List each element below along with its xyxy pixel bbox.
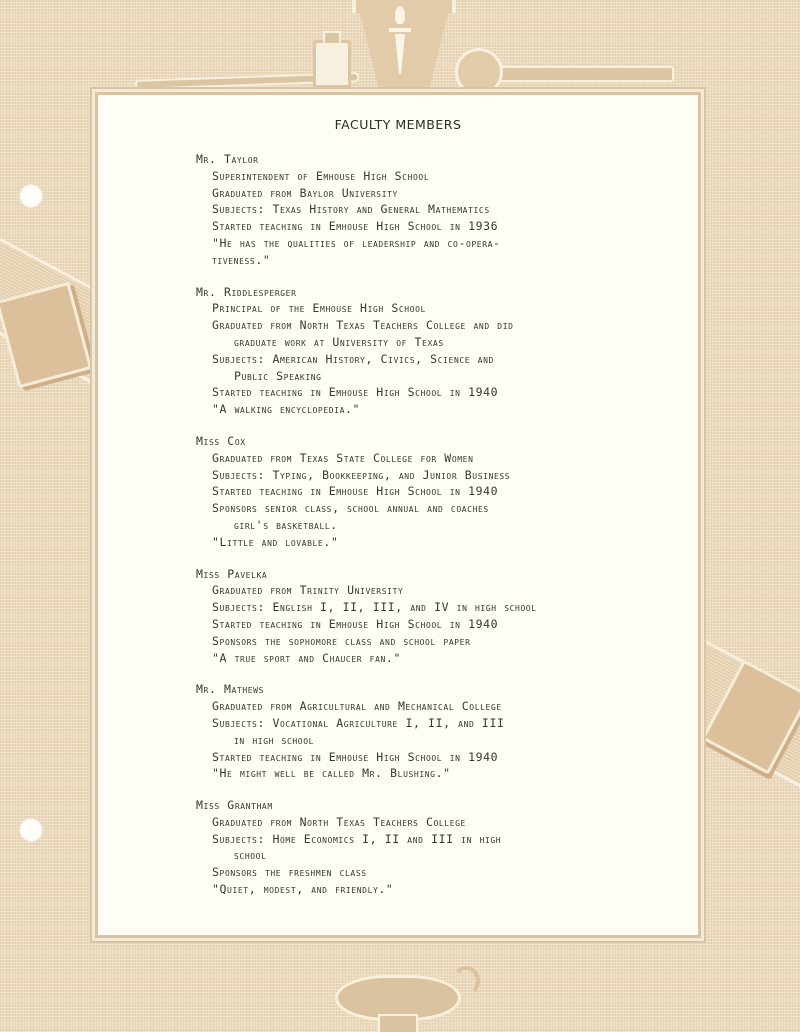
faculty-detail-line: Subjects: American History, Civics, Scie…: [196, 351, 676, 368]
faculty-entry: Miss Cox Graduated from Texas State Coll…: [196, 433, 676, 551]
faculty-details: Graduated from Agricultural and Mechanic…: [196, 698, 676, 782]
faculty-detail-line: girl's basketball.: [196, 517, 676, 534]
faculty-detail-line: Principal of the Emhouse High School: [196, 300, 676, 317]
faculty-name: Miss Cox: [196, 433, 676, 450]
faculty-detail-line: Graduated from Agricultural and Mechanic…: [196, 698, 676, 715]
faculty-detail-line: Started teaching in Emhouse High School …: [196, 218, 676, 235]
faculty-entry: Mr. Taylor Superintendent of Emhouse Hig…: [196, 151, 676, 269]
faculty-detail-line: Subjects: English I, II, III, and IV in …: [196, 599, 676, 616]
faculty-detail-line: "He has the qualities of leadership and …: [196, 235, 676, 252]
torch-icon: [392, 6, 408, 76]
faculty-detail-line: "A walking encyclopedia.": [196, 401, 676, 418]
faculty-detail-line: Started teaching in Emhouse High School …: [196, 616, 676, 633]
faculty-name: Mr. Mathews: [196, 681, 676, 698]
faculty-detail-line: tiveness.": [196, 252, 676, 269]
faculty-name: Mr. Taylor: [196, 151, 676, 168]
document-page: FACULTY MEMBERS Mr. Taylor Superintenden…: [95, 92, 701, 938]
faculty-entry: Miss Grantham Graduated from North Texas…: [196, 797, 676, 898]
faculty-detail-line: Graduated from Baylor University: [196, 185, 676, 202]
faculty-detail-line: "He might well be called Mr. Blushing.": [196, 765, 676, 782]
faculty-detail-line: Public Speaking: [196, 368, 676, 385]
faculty-details: Graduated from North Texas Teachers Coll…: [196, 814, 676, 898]
faculty-detail-line: Superintendent of Emhouse High School: [196, 168, 676, 185]
binder-hole: [19, 184, 43, 208]
faculty-details: Principal of the Emhouse High SchoolGrad…: [196, 300, 676, 418]
faculty-detail-line: Started teaching in Emhouse High School …: [196, 384, 676, 401]
faculty-entry: Miss Pavelka Graduated from Trinity Univ…: [196, 566, 676, 667]
binder-hole: [19, 818, 43, 842]
faculty-detail-line: Sponsors the freshmen class: [196, 864, 676, 881]
faculty-detail-line: Sponsors the sophomore class and school …: [196, 633, 676, 650]
faculty-name: Miss Pavelka: [196, 566, 676, 583]
faculty-detail-line: Graduated from North Texas Teachers Coll…: [196, 317, 676, 334]
faculty-detail-line: Graduated from Trinity University: [196, 582, 676, 599]
faculty-detail-line: Started teaching in Emhouse High School …: [196, 749, 676, 766]
faculty-detail-line: Sponsors senior class, school annual and…: [196, 500, 676, 517]
faculty-detail-line: Subjects: Home Economics I, II and III i…: [196, 831, 676, 848]
inkwell-icon: [313, 40, 351, 88]
faculty-detail-line: Graduated from Texas State College for W…: [196, 450, 676, 467]
faculty-entry: Mr. Mathews Graduated from Agricultural …: [196, 681, 676, 782]
faculty-details: Graduated from Trinity UniversitySubject…: [196, 582, 676, 666]
oil-lamp-base-icon: [378, 1014, 418, 1032]
scroll-end-icon: [455, 48, 503, 96]
faculty-name: Mr. Riddlesperger: [196, 284, 676, 301]
faculty-entry: Mr. Riddlesperger Principal of the Emhou…: [196, 284, 676, 418]
faculty-detail-line: graduate work at University of Texas: [196, 334, 676, 351]
faculty-detail-line: "A true sport and Chaucer fan.": [196, 650, 676, 667]
faculty-list: Mr. Taylor Superintendent of Emhouse Hig…: [196, 151, 676, 913]
faculty-detail-line: Subjects: Vocational Agriculture I, II, …: [196, 715, 676, 732]
faculty-detail-line: "Little and lovable.": [196, 534, 676, 551]
faculty-detail-line: in high school: [196, 732, 676, 749]
faculty-details: Graduated from Texas State College for W…: [196, 450, 676, 551]
top-decoration: [0, 0, 800, 95]
faculty-details: Superintendent of Emhouse High SchoolGra…: [196, 168, 676, 269]
faculty-detail-line: Subjects: Texas History and General Math…: [196, 201, 676, 218]
faculty-detail-line: Started teaching in Emhouse High School …: [196, 483, 676, 500]
faculty-detail-line: "Quiet, modest, and friendly.": [196, 881, 676, 898]
faculty-detail-line: school: [196, 847, 676, 864]
page-title: FACULTY MEMBERS: [98, 117, 698, 132]
faculty-detail-line: Subjects: Typing, Bookkeeping, and Junio…: [196, 467, 676, 484]
faculty-detail-line: Graduated from North Texas Teachers Coll…: [196, 814, 676, 831]
faculty-name: Miss Grantham: [196, 797, 676, 814]
